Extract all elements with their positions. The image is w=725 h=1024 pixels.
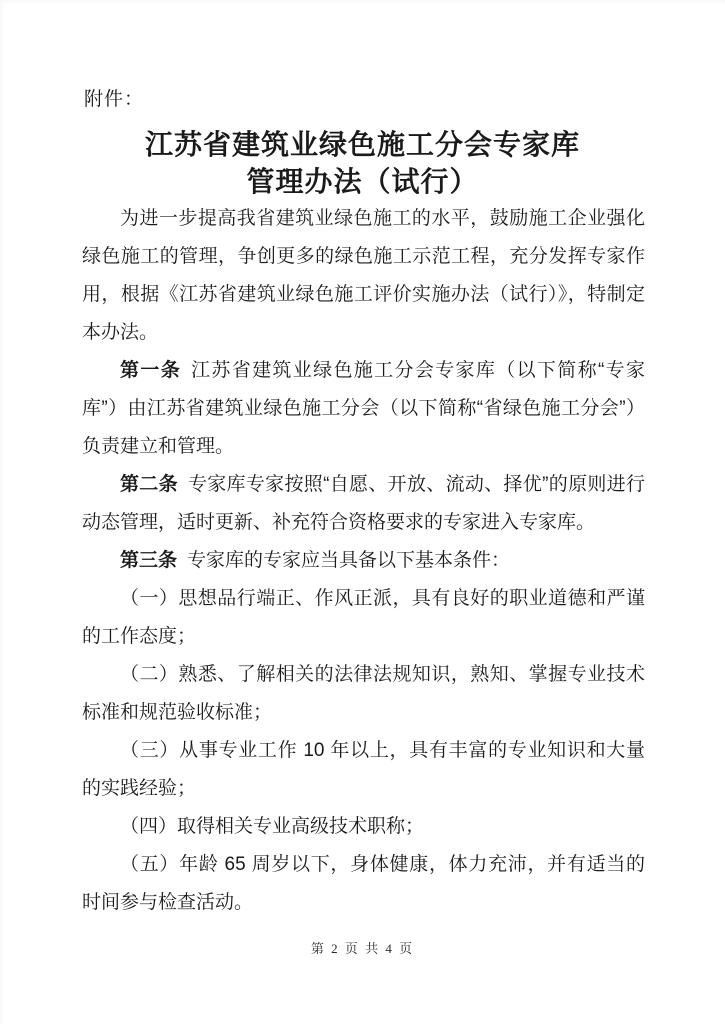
article-number: 第一条 <box>120 360 181 381</box>
paragraph-article-2: 第二条专家库专家按照“自愿、开放、流动、择优”的原则进行动态管理，适时更新、补充… <box>82 466 645 542</box>
paragraph-item-3: （三）从事专业工作 10 年以上，具有丰富的专业知识和大量的实践经验； <box>82 732 645 808</box>
paragraph-text: （四）取得相关专业高级技术职称； <box>120 816 424 837</box>
paragraph-text: （三）从事专业工作 10 年以上，具有丰富的专业知识和大量的实践经验； <box>82 740 645 799</box>
paragraph-item-1: （一）思想品行端正、作风正派，具有良好的职业道德和严谨的工作态度； <box>82 580 645 656</box>
paragraph-text: 专家库的专家应当具备以下基本条件： <box>187 550 510 571</box>
paragraph-text: （五）年龄 65 周岁以下，身体健康，体力充沛，并有适当的时间参与检查活动。 <box>82 854 645 913</box>
paragraph-item-5: （五）年龄 65 周岁以下，身体健康，体力充沛，并有适当的时间参与检查活动。 <box>82 846 645 922</box>
document-title-line2: 管理办法（试行） <box>0 163 725 200</box>
paragraph-item-4: （四）取得相关专业高级技术职称； <box>82 808 645 846</box>
paragraph-text: （一）思想品行端正、作风正派，具有良好的职业道德和严谨的工作态度； <box>82 588 645 647</box>
article-number: 第二条 <box>120 474 178 495</box>
document-title: 江苏省建筑业绿色施工分会专家库 管理办法（试行） <box>0 126 725 200</box>
paragraph-text: 为进一步提高我省建筑业绿色施工的水平，鼓励施工企业强化绿色施工的管理，争创更多的… <box>82 208 645 343</box>
paragraph-text: （二）熟悉、了解相关的法律法规知识，熟知、掌握专业技术标准和规范验收标准； <box>82 664 645 723</box>
paragraph-item-2: （二）熟悉、了解相关的法律法规知识，熟知、掌握专业技术标准和规范验收标准； <box>82 656 645 732</box>
attachment-label: 附件： <box>84 90 725 110</box>
page-number: 第 2 页 共 4 页 <box>0 938 725 957</box>
paragraph-intro: 为进一步提高我省建筑业绿色施工的水平，鼓励施工企业强化绿色施工的管理，争创更多的… <box>82 200 645 352</box>
document-body: 为进一步提高我省建筑业绿色施工的水平，鼓励施工企业强化绿色施工的管理，争创更多的… <box>82 200 645 922</box>
paragraph-article-1: 第一条江苏省建筑业绿色施工分会专家库（以下简称“专家库”）由江苏省建筑业绿色施工… <box>82 352 645 466</box>
article-number: 第三条 <box>120 550 177 571</box>
document-title-line1: 江苏省建筑业绿色施工分会专家库 <box>0 126 725 163</box>
paragraph-article-3: 第三条专家库的专家应当具备以下基本条件： <box>82 542 645 580</box>
document-page: 附件： 江苏省建筑业绿色施工分会专家库 管理办法（试行） 为进一步提高我省建筑业… <box>0 0 725 1024</box>
